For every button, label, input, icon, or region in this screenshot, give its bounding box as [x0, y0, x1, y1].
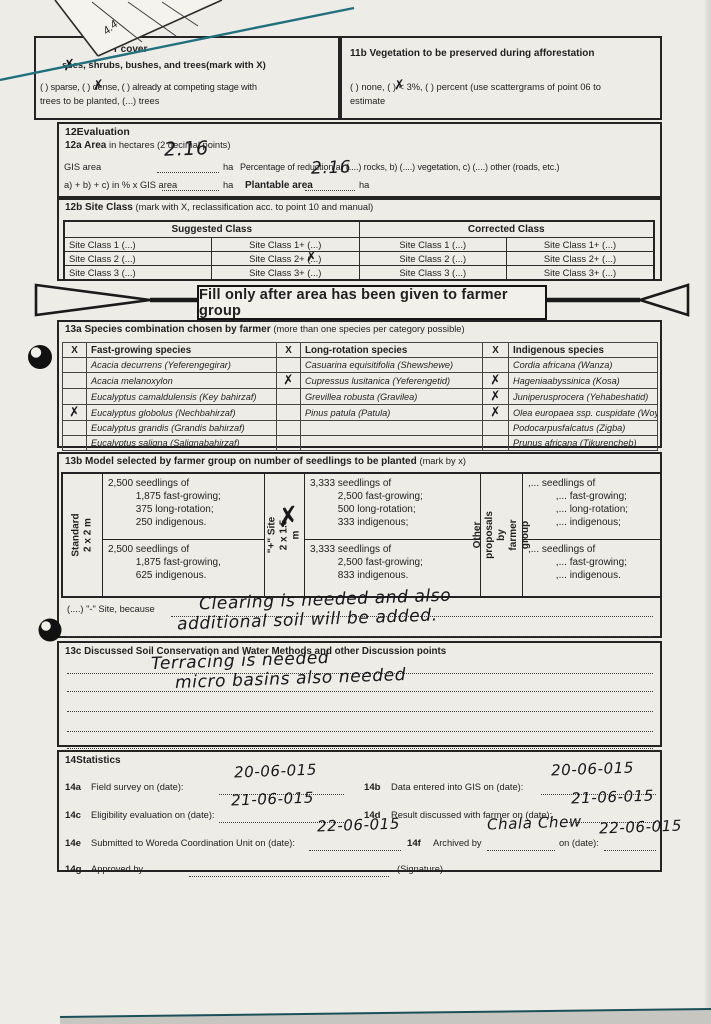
field-14c-label: Eligibility evaluation on (date): — [91, 810, 215, 820]
label-other-proposals: Other proposals by farmer group — [481, 474, 523, 596]
dotted-line — [157, 162, 219, 173]
species-name: Hageniaabyssinica (Kosa) — [509, 373, 658, 389]
site-class-cell: Site Class 3+ (...) — [212, 266, 360, 281]
handwritten-x-mark: ✗ — [62, 55, 77, 74]
species-name — [301, 421, 483, 436]
signature-label: (Signature) — [397, 864, 443, 874]
area-subheading-id: 12a Area — [65, 140, 106, 151]
species-name: Acacia melanoxylon — [87, 373, 277, 389]
x-column-header: X — [63, 343, 87, 358]
field-14g-id: 14g — [65, 864, 82, 875]
dotted-line — [67, 701, 653, 712]
section-seedling-model: 13b Model selected by farmer group on nu… — [57, 452, 662, 638]
species-name: Eucalyptus grandis (Grandis bahirzaf) — [87, 421, 277, 436]
species-check-cell — [277, 405, 301, 421]
field-14e-value-handwritten: 22-06-015 — [317, 815, 401, 836]
model-cell-other-bottom: ,... seedlings of ,... fast-growing; ,..… — [523, 540, 660, 596]
dotted-line — [305, 180, 355, 191]
table-row: Site Class 2 (...) Site Class 2+ (...) ✗… — [64, 252, 654, 266]
species-name: Podocarpusfalcatus (Zigba) — [509, 421, 658, 436]
field-14f-id: 14f — [407, 838, 421, 849]
table-row: Acacia decurrens (Yeferengegirar) Casuar… — [63, 358, 658, 373]
model-cell-plus-top: 3,333 seedlings of 2,500 fast-growing; 5… — [305, 474, 481, 540]
species-name: Pinus patula (Patula) — [301, 405, 483, 421]
fill-after-banner: Fill only after area has been given to f… — [197, 285, 547, 320]
site-class-cell: Site Class 2 (...) — [359, 252, 507, 266]
species-name: Acacia decurrens (Yeferengegirar) — [87, 358, 277, 373]
field-14c-id: 14c — [65, 810, 81, 821]
species-heading-rest: (more than one species per category poss… — [273, 324, 464, 334]
section-evaluation: 12Evaluation 12a Area in hectares (2 dec… — [57, 122, 662, 198]
handwritten-x-mark: ✗ — [393, 77, 406, 93]
handwritten-x-mark: ✗ — [68, 405, 81, 421]
table-row: ✗ Eucalyptus globolus (Nechbahirzaf) Pin… — [63, 405, 658, 421]
ground-cover-subheading-fragment: sses, shrubs, bushes, and trees(mark wit… — [62, 60, 266, 71]
species-check-cell: ✗ — [483, 405, 509, 421]
site-class-cell: Site Class 3 (...) — [359, 266, 507, 281]
table-row: Eucalyptus grandis (Grandis bahirzaf) Po… — [63, 421, 658, 436]
long-rotation-header: Long-rotation species — [301, 343, 483, 358]
fast-growing-header: Fast-growing species — [87, 343, 277, 358]
field-14a-id: 14a — [65, 782, 81, 793]
site-class-cell: Site Class 1 (...) — [64, 238, 212, 252]
field-14f-archived-label: Archived by — [433, 838, 482, 848]
model-cell-standard-top: 2,500 seedlings of 1,875 fast-growing; 3… — [103, 474, 265, 540]
table-row: Eucalyptus saligna (Salignabahirzaf) Pru… — [63, 436, 658, 451]
dotted-line — [487, 840, 555, 851]
plantable-area-label: Plantable area — [245, 180, 313, 191]
gis-area-label: GIS area — [64, 162, 101, 172]
indigenous-header: Indigenous species — [509, 343, 658, 358]
section-ground-cover: r cover sses, shrubs, bushes, and trees(… — [34, 36, 340, 120]
species-name: Eucalyptus camaldulensis (Key bahirzaf) — [87, 389, 277, 405]
label-standard-spacing: Standard 2 x 2 m — [63, 474, 103, 596]
species-name — [301, 436, 483, 451]
species-check-cell — [483, 358, 509, 373]
field-14e-id: 14e — [65, 838, 81, 849]
fold-note-handwritten: 4.4 — [101, 18, 120, 37]
section-statistics: 14Statistics 14a Field survey on (date):… — [57, 750, 662, 872]
vegetation-heading: 11b Vegetation to be preserved during af… — [350, 48, 595, 59]
field-14a-value-handwritten: 20-06-015 — [234, 761, 318, 782]
model-cell-standard-bottom: 2,500 seedlings of 1,875 fast-growing, 6… — [103, 540, 265, 596]
field-14f-date-label: on (date): — [559, 838, 599, 848]
section-species-combination: 13a Species combination chosen by farmer… — [57, 320, 662, 448]
evaluation-heading: 12Evaluation — [65, 126, 130, 138]
table-row: Acacia melanoxylon ✗ Cupressus lusitanic… — [63, 373, 658, 389]
model-table: Standard 2 x 2 m 2,500 seedlings of 1,87… — [61, 472, 662, 598]
ground-cover-options-line2: trees to be planted, (...) trees — [40, 96, 159, 106]
site-class-heading: 12b Site Class (mark with X, reclassific… — [65, 202, 373, 213]
table-row: Suggested Class Corrected Class — [64, 221, 654, 238]
species-name: Eucalyptus globolus (Nechbahirzaf) — [87, 405, 277, 421]
handwritten-x-mark: ✗ — [275, 501, 302, 535]
species-name: Prunus africana (Tikurencheb) — [509, 436, 658, 451]
site-class-cell-selected: Site Class 2+ (...) ✗ — [212, 252, 360, 266]
species-name: Cordia africana (Wanza) — [509, 358, 658, 373]
ground-cover-heading-fragment: r cover — [114, 44, 147, 55]
species-check-cell — [277, 358, 301, 373]
dotted-line — [67, 721, 653, 732]
gis-area-value-handwritten: 2.16 — [164, 137, 209, 161]
site-class-cell: Site Class 1+ (...) — [507, 238, 655, 252]
field-14e-label: Submitted to Woreda Coordination Unit on… — [91, 838, 295, 848]
field-14g-label: Approved by — [91, 864, 143, 874]
hole-punch-icon — [28, 345, 52, 369]
species-heading: 13a Species combination chosen by farmer… — [65, 324, 465, 335]
species-check-cell — [63, 389, 87, 405]
dotted-line — [604, 840, 656, 851]
site-class-table: Suggested Class Corrected Class Site Cla… — [63, 220, 655, 281]
x-column-header: X — [483, 343, 509, 358]
species-name: Grevillea robusta (Gravilea) — [301, 389, 483, 405]
site-class-cell: Site Class 1 (...) — [359, 238, 507, 252]
field-14f-value-handwritten: 22-06-015 — [599, 817, 683, 838]
statistics-heading: 14Statistics — [65, 755, 121, 766]
header-corrected-class: Corrected Class — [359, 221, 654, 238]
dotted-line — [162, 180, 219, 191]
ground-cover-options-line1: ( ) sparse, ( ) dense, ( ) already at co… — [40, 82, 257, 92]
model-heading-id: 13b Model selected by farmer group on nu… — [65, 456, 417, 467]
section-soil-conservation-discussion: 13c Discussed Soil Conservation and Wate… — [57, 641, 662, 747]
site-class-cell: Site Class 3 (...) — [64, 266, 212, 281]
handwritten-x-mark: ✗ — [489, 405, 502, 421]
species-check-cell: ✗ — [483, 389, 509, 405]
ha-unit: ha — [223, 180, 233, 190]
site-class-cell: Site Class 2+ (...) — [507, 252, 655, 266]
banner-text: Fill only after area has been given to f… — [199, 287, 545, 319]
model-heading: 13b Model selected by farmer group on nu… — [65, 456, 466, 467]
handwritten-x-mark: ✗ — [489, 389, 502, 405]
species-check-cell — [277, 421, 301, 436]
handwritten-x-mark: ✗ — [282, 373, 295, 389]
table-row: Site Class 3 (...) Site Class 3+ (...) S… — [64, 266, 654, 281]
handwritten-x-mark: ✗ — [489, 373, 502, 389]
handwritten-x-mark: ✗ — [305, 252, 318, 266]
left-arrow-icon — [36, 285, 150, 315]
field-14f-name-handwritten: Chala Chew — [487, 812, 582, 833]
species-check-cell — [63, 436, 87, 451]
field-14b-id: 14b — [364, 782, 381, 793]
species-name: Juniperusprocera (Yehabeshatid) — [509, 389, 658, 405]
species-check-cell — [63, 421, 87, 436]
x-column-header: X — [277, 343, 301, 358]
plantable-area-value-handwritten: 2.16 — [311, 157, 352, 178]
species-check-cell — [483, 436, 509, 451]
model-cell-other-top: ,... seedlings of ,... fast-growing; ,..… — [523, 474, 660, 540]
dotted-line — [67, 738, 653, 749]
vegetation-options-line2: estimate — [350, 96, 385, 106]
scanned-form-page: r cover sses, shrubs, bushes, and trees(… — [0, 0, 711, 1024]
species-check-cell — [277, 436, 301, 451]
right-arrow-icon — [640, 285, 688, 315]
dotted-line — [189, 866, 389, 877]
species-check-cell — [63, 358, 87, 373]
species-check-cell: ✗ — [277, 373, 301, 389]
site-class-cell: Site Class 3+ (...) — [507, 266, 655, 281]
site-class-cell: Site Class 1+ (...) — [212, 238, 360, 252]
site-class-heading-rest: (mark with X, reclassification acc. to p… — [136, 202, 374, 212]
species-name: Eucalyptus saligna (Salignabahirzaf) — [87, 436, 277, 451]
field-14c-value-handwritten: 21-06-015 — [231, 789, 315, 810]
species-check-cell — [277, 389, 301, 405]
species-check-cell: ✗ — [483, 373, 509, 389]
ha-unit: ha — [359, 180, 369, 190]
minus-site-because-label: (....) "-" Site, because — [67, 604, 155, 614]
dotted-line — [309, 840, 401, 851]
field-14b-label: Data entered into GIS on (date): — [391, 782, 523, 792]
species-name: Olea europaea ssp. cuspidate (Woyra) — [509, 405, 658, 421]
species-heading-id: 13a Species combination chosen by farmer — [65, 324, 271, 335]
header-suggested-class: Suggested Class — [64, 221, 359, 238]
table-row: Site Class 1 (...) Site Class 1+ (...) S… — [64, 238, 654, 252]
scan-edge — [60, 1009, 711, 1024]
ha-unit: ha — [223, 162, 233, 172]
handwritten-x-mark: ✗ — [92, 77, 105, 93]
abc-label: a) + b) + c) in % x GIS area — [64, 180, 177, 190]
reduction-label: Percentage of reduction a) (....) rocks,… — [240, 162, 559, 172]
field-14a-label: Field survey on (date): — [91, 782, 184, 792]
field-14d-value-handwritten: 21-06-015 — [571, 787, 655, 808]
section-site-class: 12b Site Class (mark with X, reclassific… — [57, 198, 662, 281]
field-14b-value-handwritten: 20-06-015 — [551, 759, 635, 780]
species-check-cell: ✗ — [63, 405, 87, 421]
species-name: Cupressus lusitanica (Yeferengetid) — [301, 373, 483, 389]
species-check-cell — [63, 373, 87, 389]
species-check-cell — [483, 421, 509, 436]
section-vegetation-preserved: 11b Vegetation to be preserved during af… — [340, 36, 662, 120]
site-class-heading-id: 12b Site Class — [65, 202, 133, 213]
model-heading-rest: (mark by x) — [419, 456, 466, 466]
vegetation-options-line1: ( ) none, ( ) < 3%, ( ) percent (use sca… — [350, 82, 601, 92]
table-row: X Fast-growing species X Long-rotation s… — [63, 343, 658, 358]
label-plus-site-spacing: "+" Site 2 x 1.5 m — [265, 474, 305, 596]
site-class-cell: Site Class 2 (...) — [64, 252, 212, 266]
species-name: Casuarina equisitifolia (Shewshewe) — [301, 358, 483, 373]
species-table: X Fast-growing species X Long-rotation s… — [62, 342, 658, 451]
table-row: Eucalyptus camaldulensis (Key bahirzaf) … — [63, 389, 658, 405]
